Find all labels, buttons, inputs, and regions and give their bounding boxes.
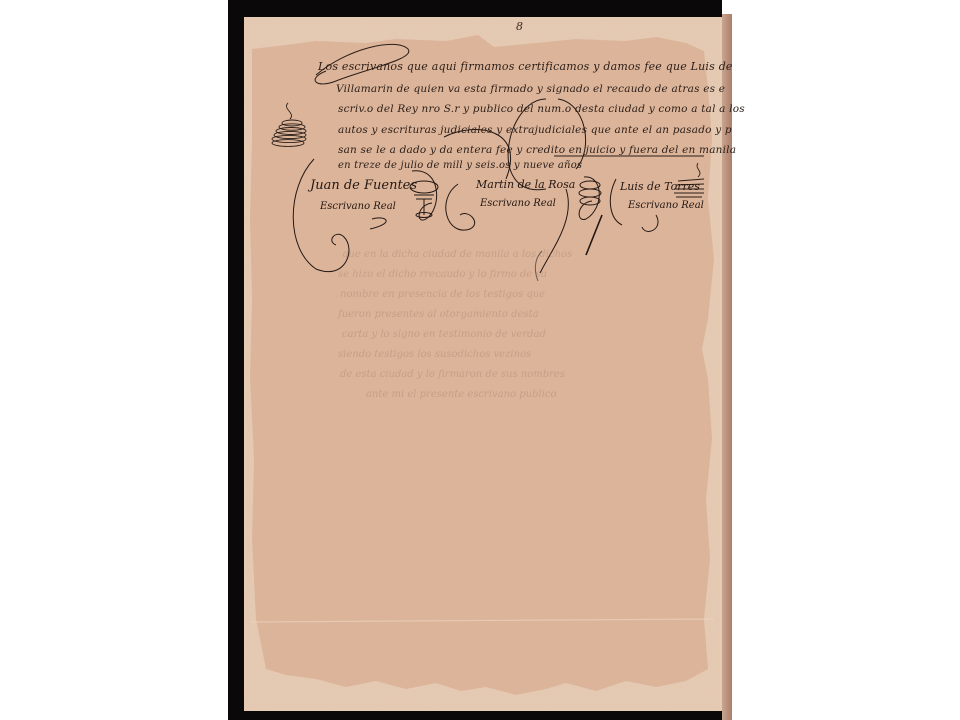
text-line-1: Los escrivanos que aqui firmamos certifi… [318,60,733,73]
bleed-line: nombre en presencia de los testigos que [340,289,545,300]
folio-number: 8 [516,20,523,33]
signature-martin-de-la-rosa: Martin de la Rosa [476,178,575,191]
text-line-4: autos y escrituras judiciales y extrajud… [338,124,732,136]
bleed-line: carta y lo signo en testimonio de verdad [342,329,546,340]
bleed-line: siendo testigos los susodichos vezinos [338,349,531,360]
text-line-6: en treze de julio de mill y seis.os y nu… [338,160,582,171]
bleed-line: que en la dicha ciudad de manila a los d… [342,249,572,260]
torn-paper-shape [246,19,720,709]
text-line-5: san se le a dado y da entera fee y credi… [338,144,736,156]
signature-luis-de-torres: Luis de Torres [620,180,700,193]
document-viewer: que en la dicha ciudad de manila a los d… [0,0,960,720]
text-line-2: Villamarin de quien va esta firmado y si… [336,83,725,95]
bleed-line: se hizo el dicho rrecaudo y lo firmo de … [338,269,547,280]
text-line-3: scriv.o del Rey nro S.r y publico del nu… [338,103,745,115]
signature-title: Escrivano Real [480,198,556,209]
signature-title: Escrivano Real [628,200,704,211]
signature-title: Escrivano Real [320,201,396,212]
bleed-line: de esta ciudad y lo firmaron de sus nomb… [340,369,565,380]
binding-spine-edge [722,14,732,720]
manuscript-page: que en la dicha ciudad de manila a los d… [246,19,720,709]
bleed-line: ante mi el presente escrivano publico [366,389,557,400]
signature-juan-de-fuentes: Juan de Fuentes [310,178,417,193]
bleed-line: fueron presentes al otorgamiento desta [338,309,539,320]
